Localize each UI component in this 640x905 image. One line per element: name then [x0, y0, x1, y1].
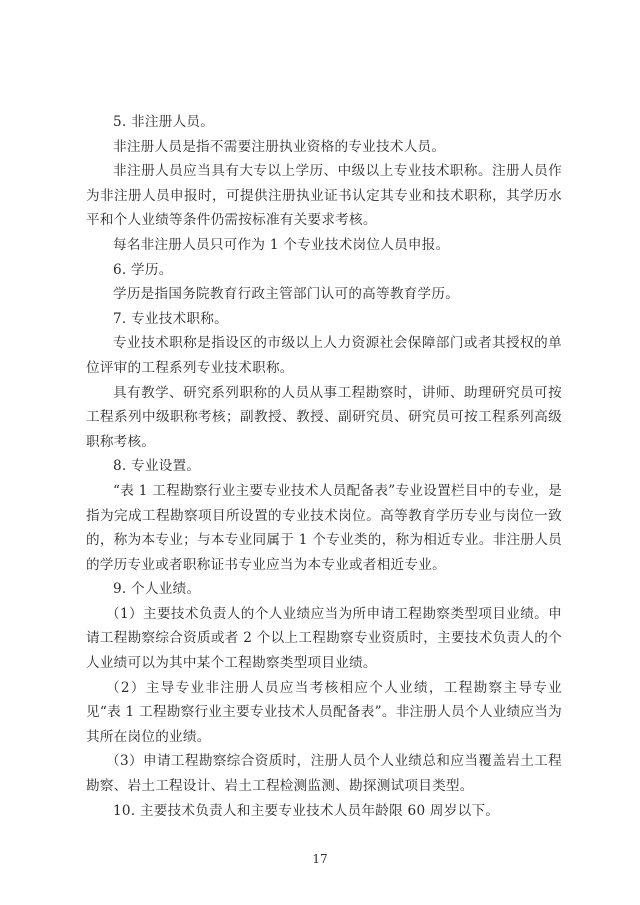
- paragraph-performance-2: （2）主导专业非注册人员应当考核相应个人业绩，工程勘察主导专业见“表 1 工程勘…: [86, 676, 562, 750]
- paragraph-definition: 非注册人员是指不需要注册执业资格的专业技术人员。: [86, 135, 562, 160]
- heading-5-non-registered-personnel: 5. 非注册人员。: [86, 110, 562, 135]
- heading-9-performance: 9. 个人业绩。: [86, 577, 562, 602]
- heading-8-specialty: 8. 专业设置。: [86, 454, 562, 479]
- paragraph-title-definition: 专业技术职称是指设区的市级以上人力资源社会保障部门或者其授权的单位评审的工程系列…: [86, 331, 562, 380]
- paragraph-specialty: “表 1 工程勘察行业主要专业技术人员配备表”专业设置栏目中的专业，是指为完成工…: [86, 479, 562, 577]
- document-body: 5. 非注册人员。 非注册人员是指不需要注册执业资格的专业技术人员。 非注册人员…: [86, 110, 562, 823]
- paragraph-one-position: 每名非注册人员只可作为 1 个专业技术岗位人员申报。: [86, 233, 562, 258]
- paragraph-teaching-research: 具有教学、研究系列职称的人员从事工程勘察时，讲师、助理研究员可按工程系列中级职称…: [86, 381, 562, 455]
- paragraph-performance-3: （3）申请工程勘察综合资质时，注册人员个人业绩总和应当覆盖岩土工程勘察、岩土工程…: [86, 749, 562, 798]
- heading-6-education: 6. 学历。: [86, 258, 562, 283]
- paragraph-education: 学历是指国务院教育行政主管部门认可的高等教育学历。: [86, 282, 562, 307]
- paragraph-performance-1: （1）主要技术负责人的个人业绩应当为所申请工程勘察类型项目业绩。申请工程勘察综合…: [86, 602, 562, 676]
- heading-10-age-limit: 10. 主要技术负责人和主要专业技术人员年龄限 60 周岁以下。: [86, 799, 562, 824]
- paragraph-requirements: 非注册人员应当具有大专以上学历、中级以上专业技术职称。注册人员作为非注册人员申报…: [86, 159, 562, 233]
- heading-7-title: 7. 专业技术职称。: [86, 307, 562, 332]
- page-number: 17: [0, 852, 640, 866]
